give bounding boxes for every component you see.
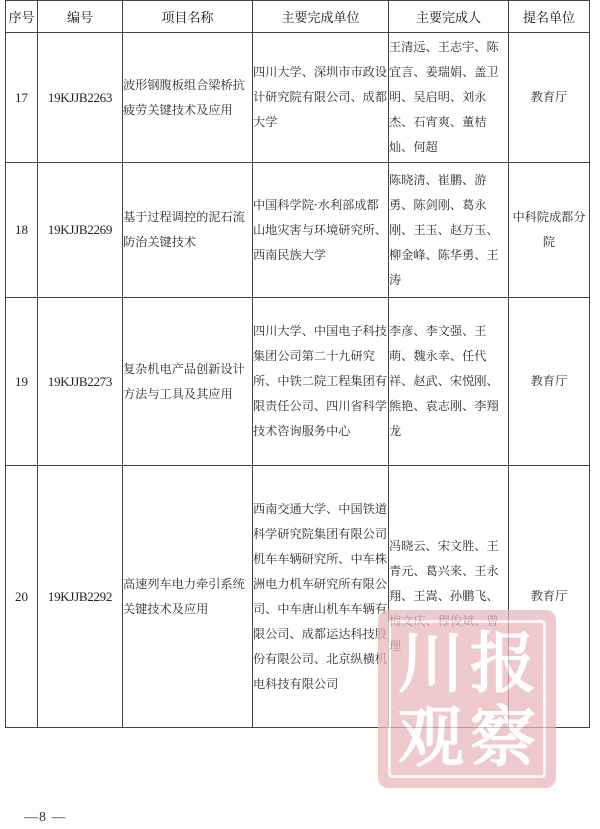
header-seq: 序号 [6,1,38,33]
cell-nominating-unit: 教育厅 [509,33,590,163]
cell-seq: 17 [6,33,38,163]
cell-main-units: 西南交通大学、中国铁道科学研究院集团有限公司机车车辆研究所、中车株洲电力机车研究… [253,466,389,728]
header-main-people: 主要完成人 [389,1,509,33]
header-code: 编号 [38,1,123,33]
cell-project-name: 复杂机电产品创新设计方法与工具及其应用 [123,298,253,466]
cell-main-people: 李彦、李文强、王萌、魏永幸、任代祥、赵武、宋悦刚、熊艳、袁志刚、李翔龙 [389,298,509,466]
cell-code: 19KJJB2273 [38,298,123,466]
cell-seq: 18 [6,163,38,298]
table-row: 20 19KJJB2292 高速列车电力牵引系统关键技术及应用 西南交通大学、中… [6,466,590,728]
cell-code: 19KJJB2269 [38,163,123,298]
cell-main-people: 冯晓云、宋文胜、王青元、葛兴来、王永翔、王嵩、孙鹏飞、梅文庆、穆俊斌、曾理 [389,466,509,728]
cell-main-people: 王清远、王志宇、陈宜言、姜瑞娟、盖卫明、吴启明、刘永杰、石宵爽、董桔灿、何超 [389,33,509,163]
header-project-name: 项目名称 [123,1,253,33]
cell-seq: 20 [6,466,38,728]
cell-nominating-unit: 教育厅 [509,298,590,466]
cell-code: 19KJJB2263 [38,33,123,163]
cell-project-name: 基于过程调控的泥石流防治关键技术 [123,163,253,298]
cell-code: 19KJJB2292 [38,466,123,728]
document-page: 序号 编号 项目名称 主要完成单位 主要完成人 提名单位 17 19KJJB22… [0,0,600,829]
table-row: 17 19KJJB2263 波形钢腹板组合梁桥抗疲劳关键技术及应用 四川大学、深… [6,33,590,163]
cell-seq: 19 [6,298,38,466]
cell-main-units: 四川大学、中国电子科技集团公司第二十九研究所、中铁二院工程集团有限责任公司、四川… [253,298,389,466]
award-table: 序号 编号 项目名称 主要完成单位 主要完成人 提名单位 17 19KJJB22… [5,0,590,728]
cell-nominating-unit: 教育厅 [509,466,590,728]
header-nominating-unit: 提名单位 [509,1,590,33]
cell-main-units: 四川大学、深圳市市政设计研究院有限公司、成都大学 [253,33,389,163]
table-row: 19 19KJJB2273 复杂机电产品创新设计方法与工具及其应用 四川大学、中… [6,298,590,466]
cell-project-name: 波形钢腹板组合梁桥抗疲劳关键技术及应用 [123,33,253,163]
table-header-row: 序号 编号 项目名称 主要完成单位 主要完成人 提名单位 [6,1,590,33]
page-number: —8 — [24,810,67,826]
cell-nominating-unit: 中科院成都分院 [509,163,590,298]
cell-main-people: 陈晓清、崔鹏、游勇、陈剑刚、葛永刚、王玉、赵万玉、柳金峰、陈华勇、王涛 [389,163,509,298]
header-main-units: 主要完成单位 [253,1,389,33]
cell-project-name: 高速列车电力牵引系统关键技术及应用 [123,466,253,728]
cell-main-units: 中国科学院·水利部成都山地灾害与环境研究所、西南民族大学 [253,163,389,298]
table-row: 18 19KJJB2269 基于过程调控的泥石流防治关键技术 中国科学院·水利部… [6,163,590,298]
